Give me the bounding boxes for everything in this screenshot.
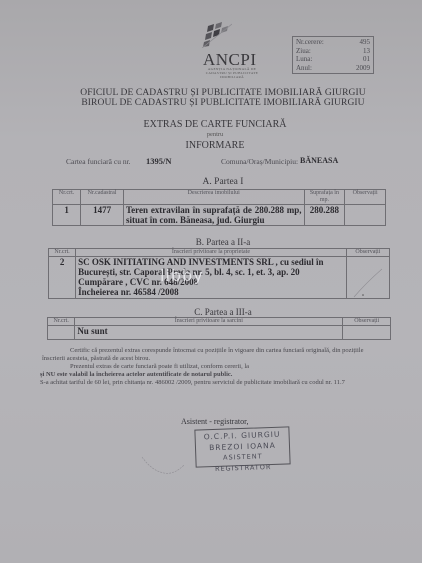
locality-label: Comuna/Oraș/Municipiu: — [221, 157, 298, 166]
table-row: 1 1477 Teren extravilan în suprafață de … — [53, 205, 386, 226]
signatory-role: Asistent - registrator, — [181, 417, 248, 426]
reg-row-day: Ziua:13 — [296, 47, 370, 56]
part-b-header-row: Nr.crt. Înscrieri privitoare la propriet… — [49, 249, 390, 257]
col-observations: Observații — [345, 190, 386, 205]
stamp-title: ASISTENT REGISTRATOR — [196, 450, 290, 475]
acquisition-line: Cumpărare , CVC nr. 648/2008 — [78, 277, 344, 287]
office-line-2: BIROUL DE CADASTRU ȘI PUBLICITATE IMOBIL… — [12, 98, 422, 108]
official-stamp: O.C.P.I. GIURGIU BREZOI IOANA ASISTENT R… — [194, 426, 290, 467]
col-encumbrance-entries: Înscrieri privitoare la sarcini — [75, 318, 343, 326]
col-observations: Observații — [346, 249, 389, 257]
locality-value: BĂNEASA — [300, 156, 338, 165]
col-observations: Observații — [343, 318, 391, 326]
part-b-table: Nr.crt. Înscrieri privitoare la propriet… — [48, 248, 390, 299]
ancpi-logo-icon — [200, 22, 232, 48]
col-area: Suprafața în mp. — [304, 190, 345, 205]
part-a-title: A. Partea I — [12, 177, 422, 187]
document-purpose: INFORMARE — [4, 140, 422, 151]
signature-mark-icon — [140, 455, 200, 485]
certification-text-3: și NU este valabil la încheierea actelor… — [40, 371, 232, 379]
part-a-header-row: Nr.crt. Nr.cadastral Descrierea imobilul… — [53, 190, 386, 205]
part-c-title: C. Partea a III-a — [12, 307, 422, 317]
row-cadastral: 1477 — [81, 205, 124, 226]
registration-box: Nr.cerere:495 Ziua:13 Luna:01 Anul:2009 — [292, 36, 374, 74]
col-nr: Nr.crt. — [48, 318, 75, 326]
row-description: Teren extravilan în suprafață de 280.288… — [123, 205, 304, 226]
pen-mark-icon — [352, 265, 386, 301]
row-observations — [345, 205, 386, 226]
col-nr: Nr.crt. — [53, 190, 81, 205]
document-title: EXTRAS DE CARTE FUNCIARĂ — [4, 119, 422, 130]
office-line-1: OFICIUL DE CADASTRU ȘI PUBLICITATE IMOBI… — [12, 88, 422, 98]
certification-text-1b: înscrierii acesteia, păstrată de acest b… — [42, 355, 150, 363]
row-observations — [343, 326, 391, 340]
reg-row-month: Luna:01 — [296, 55, 370, 64]
title-pentru: pentru — [4, 131, 422, 138]
certification-text-4: S-a achitat tariful de 60 lei, prin chit… — [40, 379, 400, 387]
row-encumbrance: Nu sunt — [75, 326, 343, 340]
part-c-table: Nr.crt. Înscrieri privitoare la sarcini … — [47, 317, 391, 340]
col-property-entries: Înscrieri privitoare la proprietate — [76, 249, 347, 257]
reg-row-number: Nr.cerere:495 — [296, 38, 370, 47]
row-owner-entry: SC OSK INITIATING AND INVESTMENTS SRL , … — [76, 257, 347, 299]
row-area: 280.288 — [304, 205, 345, 226]
table-row: 2 SC OSK INITIATING AND INVESTMENTS SRL … — [49, 257, 390, 299]
cf-label: Cartea funciară cu nr. — [66, 157, 131, 166]
col-cadastral: Nr.cadastral — [81, 190, 124, 205]
table-row: Nu sunt — [48, 326, 391, 340]
watermark-text: libby — [160, 266, 204, 285]
certification-text-1: Certific că prezentul extras corespunde … — [70, 347, 400, 355]
address-line: București, str. Caporal Preda nr. 5, bl.… — [78, 267, 344, 277]
col-description: Descrierea imobilului — [123, 190, 304, 205]
part-a-table: Nr.crt. Nr.cadastral Descrierea imobilul… — [52, 189, 386, 226]
reg-row-year: Anul:2009 — [296, 64, 370, 73]
part-c-header-row: Nr.crt. Înscrieri privitoare la sarcini … — [48, 318, 391, 326]
col-nr: Nr.crt. — [49, 249, 76, 257]
part-b-title: B. Partea a II-a — [12, 237, 422, 247]
document-page: ANCPI AGENȚIA NAȚIONALĂ DE CADASTRU ȘI P… — [0, 0, 422, 563]
logo-subtitle: AGENȚIA NAȚIONALĂ DE CADASTRU ȘI PUBLICI… — [202, 67, 262, 79]
owner-line: SC OSK INITIATING AND INVESTMENTS SRL , … — [78, 257, 344, 267]
certification-text-2: Prezentul extras de carte funciară poate… — [70, 363, 249, 371]
conclusion-line: Încheierea nr. 46584 /2008 — [78, 287, 344, 297]
row-nr — [48, 326, 75, 340]
cf-number: 1395/N — [146, 156, 172, 166]
row-nr: 2 — [49, 257, 76, 299]
row-nr: 1 — [53, 205, 81, 226]
